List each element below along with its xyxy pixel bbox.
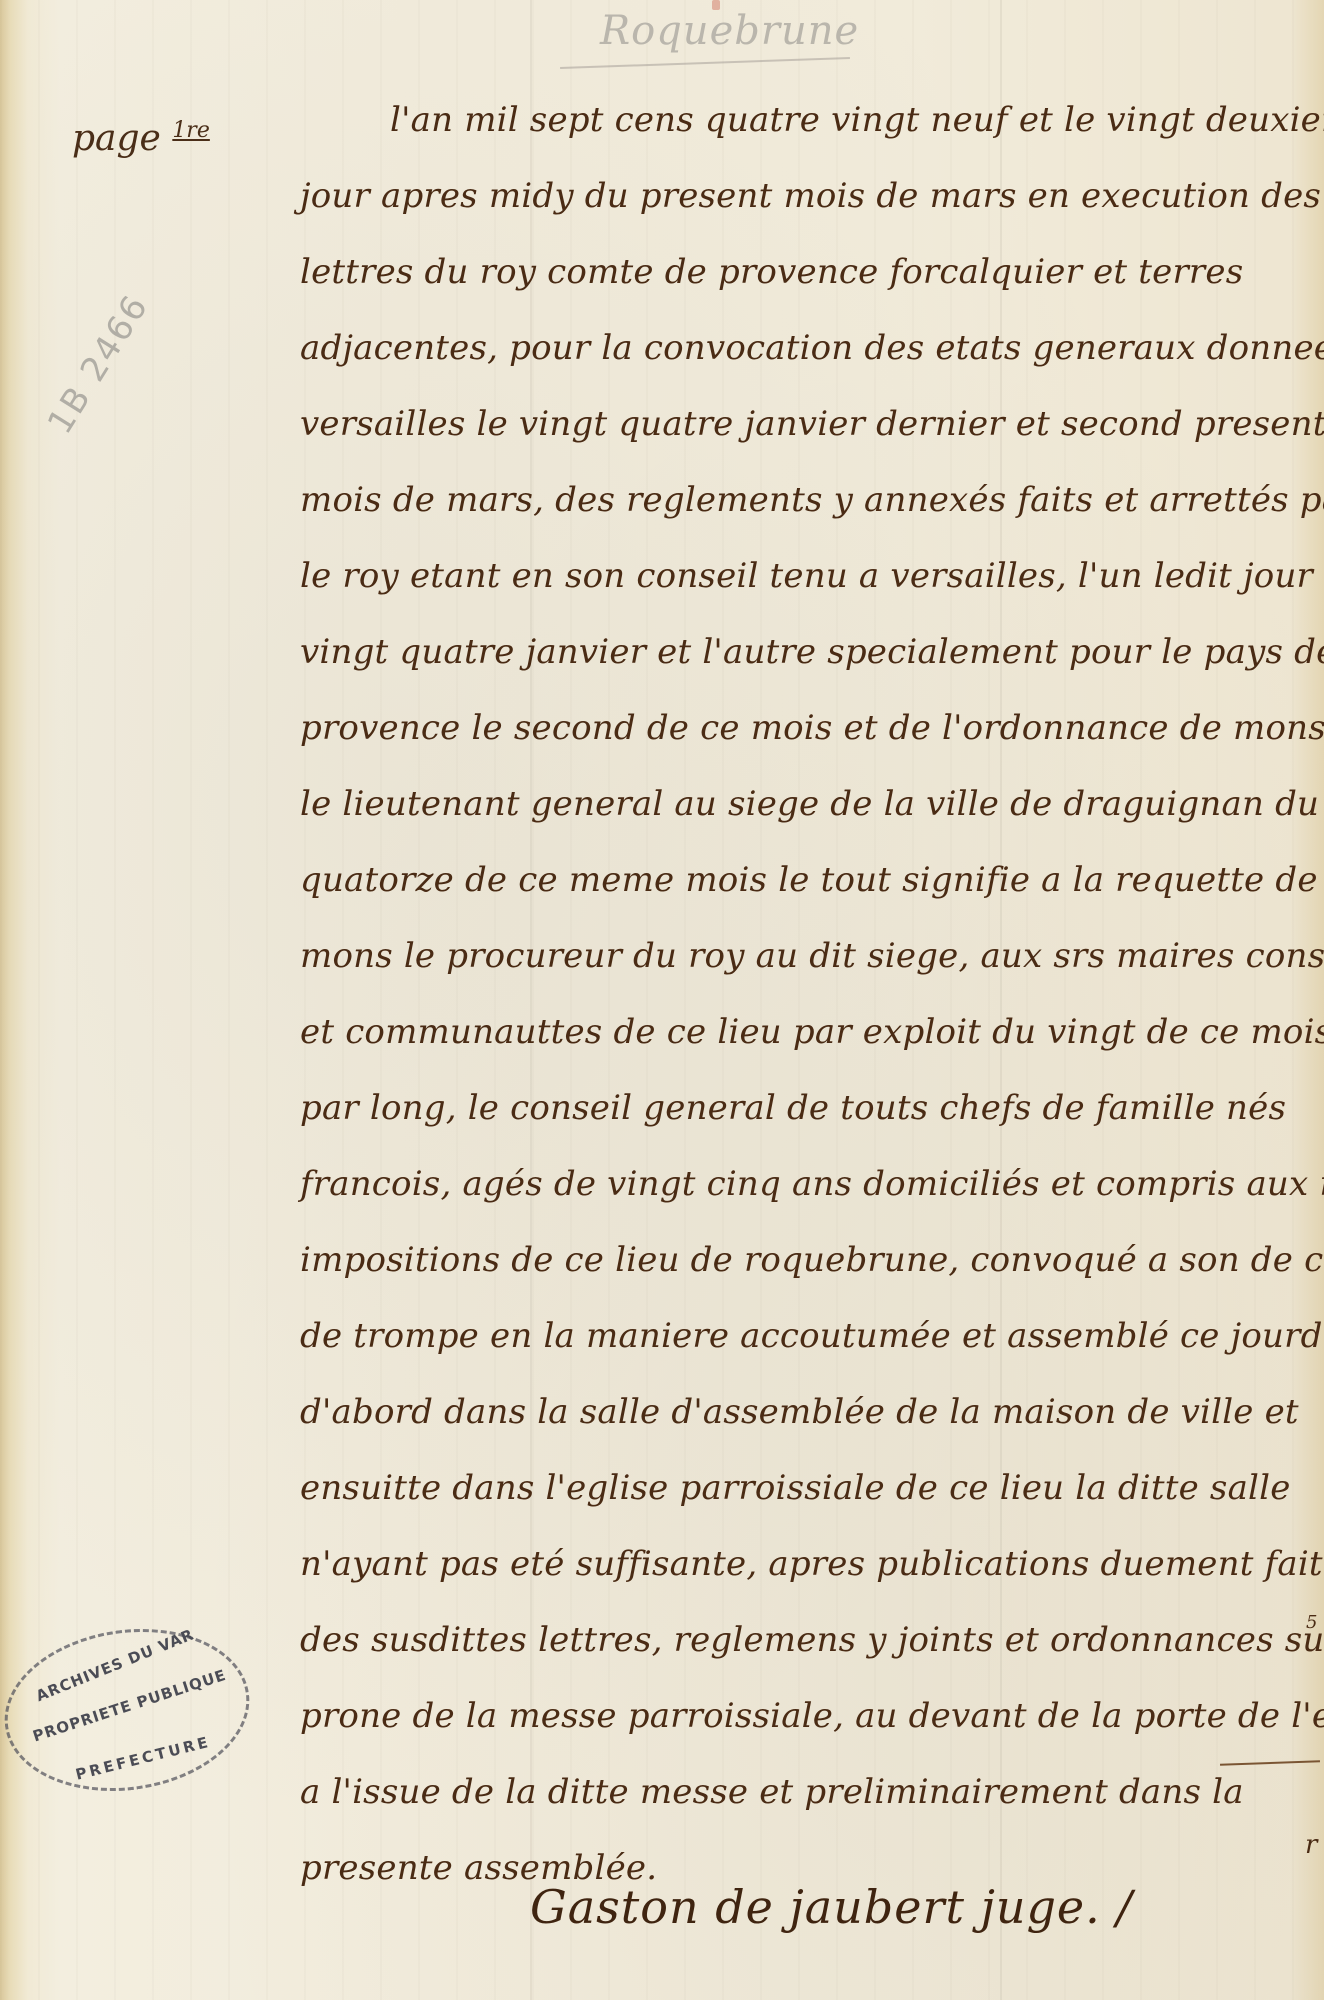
pencil-archive-reference: 1B 2466 xyxy=(40,287,157,441)
edge-number-mark: 5 xyxy=(1306,1612,1317,1633)
manuscript-line: impositions de ce lieu de roquebrune, co… xyxy=(300,1222,1310,1298)
signature: Gaston de jaubert juge. / xyxy=(530,1880,1133,1934)
manuscript-line: et communauttes de ce lieu par exploit d… xyxy=(300,994,1310,1070)
manuscript-line: francois, agés de vingt cinq ans domicil… xyxy=(300,1146,1310,1222)
manuscript-line: de trompe en la maniere accoutumée et as… xyxy=(300,1298,1310,1374)
manuscript-line: jour apres midy du present mois de mars … xyxy=(300,158,1310,234)
manuscript-line: des susdittes lettres, reglemens y joint… xyxy=(300,1602,1310,1678)
manuscript-line: par long, le conseil general de touts ch… xyxy=(300,1070,1310,1146)
margin-page-label: page 1re xyxy=(72,118,210,159)
manuscript-line: n'ayant pas eté suffisante, apres public… xyxy=(300,1526,1310,1602)
manuscript-line: adjacentes, pour la convocation des etat… xyxy=(300,310,1310,386)
manuscript-line: le lieutenant general au siege de la vil… xyxy=(300,766,1310,842)
manuscript-line: prone de la messe parroissiale, au devan… xyxy=(300,1678,1310,1754)
manuscript-line: quatorze de ce meme mois le tout signifi… xyxy=(300,842,1310,918)
manuscript-line: versailles le vingt quatre janvier derni… xyxy=(300,386,1310,462)
manuscript-line: a l'issue de la ditte messe et prelimina… xyxy=(300,1754,1310,1830)
manuscript-line: vingt quatre janvier et l'autre speciale… xyxy=(300,614,1310,690)
manuscript-line: mois de mars, des reglements y annexés f… xyxy=(300,462,1310,538)
manuscript-page: Roquebrune page 1re 1B 2466 l'an mil sep… xyxy=(0,0,1324,2000)
manuscript-line: l'an mil sept cens quatre vingt neuf et … xyxy=(300,82,1310,158)
manuscript-body: l'an mil sept cens quatre vingt neuf et … xyxy=(300,82,1310,1906)
manuscript-line: lettres du roy comte de provence forcalq… xyxy=(300,234,1310,310)
archives-stamp: ARCHIVES DU VAR PROPRIETE PUBLIQUE PREFE… xyxy=(0,1614,260,1807)
manuscript-line: le roy etant en son conseil tenu a versa… xyxy=(300,538,1310,614)
manuscript-line: provence le second de ce mois et de l'or… xyxy=(300,690,1310,766)
margin-page-word: page xyxy=(72,118,161,159)
edge-letter-mark: r xyxy=(1305,1830,1317,1860)
manuscript-line: d'abord dans la salle d'assemblée de la … xyxy=(300,1374,1310,1450)
manuscript-line: mons le procureur du roy au dit siege, a… xyxy=(300,918,1310,994)
pencil-header-underline xyxy=(560,57,850,69)
stamp-line-prefecture: PREFECTURE xyxy=(74,1733,213,1784)
manuscript-line: ensuitte dans l'eglise parroissiale de c… xyxy=(300,1450,1310,1526)
pencil-header: Roquebrune xyxy=(600,8,859,54)
margin-page-number: 1re xyxy=(172,118,210,143)
